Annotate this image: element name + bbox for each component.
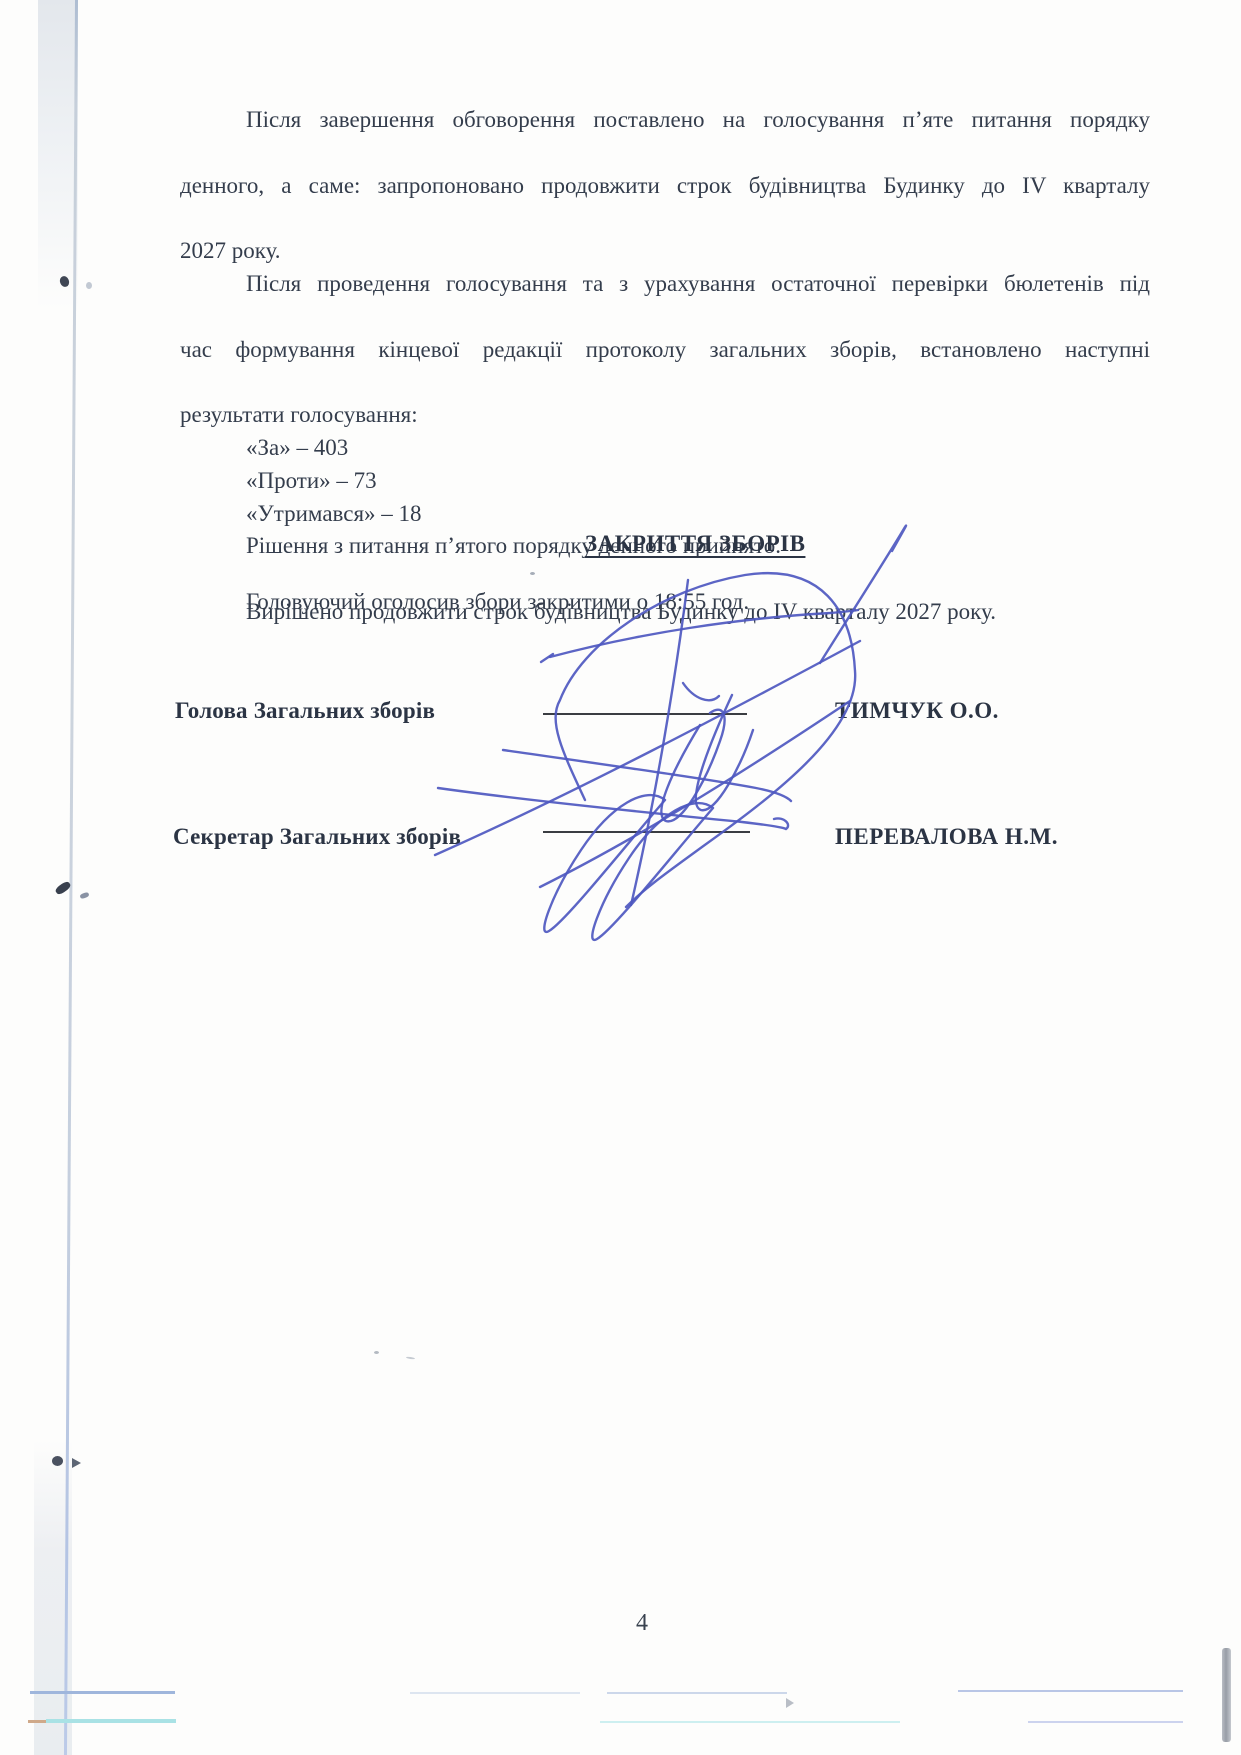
scan-edge-bar xyxy=(1222,1648,1231,1742)
scan-streak-blue xyxy=(410,1692,580,1694)
scan-streak-cyan xyxy=(600,1721,900,1723)
scan-streak-blue xyxy=(607,1692,787,1694)
page-number: 4 xyxy=(636,1610,648,1637)
punch-mark xyxy=(86,282,92,289)
punch-mark xyxy=(79,892,89,900)
scan-fold-shadow-top xyxy=(38,0,78,310)
paragraph-line: час формування кінцевої редакції протоко… xyxy=(180,334,1150,400)
scanned-page: Після завершення обговорення поставлено … xyxy=(0,0,1241,1755)
scan-streak-blue xyxy=(30,1691,175,1694)
scan-speck xyxy=(406,1356,415,1359)
paragraph-line: денного, а саме: запропоновано продовжит… xyxy=(180,170,1150,236)
punch-mark xyxy=(52,1456,63,1466)
paragraph-line: результати голосування: xyxy=(180,399,1150,432)
punch-mark xyxy=(72,1458,81,1468)
paragraph-line: Після завершення обговорення поставлено … xyxy=(180,104,1150,170)
scan-speck xyxy=(374,1351,379,1354)
handwritten-signature xyxy=(400,515,920,960)
signature-role-chairman: Голова Загальних зборів xyxy=(175,698,435,724)
scan-streak-blue xyxy=(958,1690,1183,1692)
scan-streak-cyan xyxy=(1028,1721,1183,1723)
scan-streak-cyan xyxy=(28,1720,46,1723)
scan-streak-cyan xyxy=(46,1719,176,1723)
scan-speck-triangle xyxy=(786,1698,794,1708)
paragraph-line: 2027 року. xyxy=(180,235,1150,268)
vote-result-against: «Проти» – 73 xyxy=(180,465,1150,498)
paragraph-line: Після проведення голосування та з урахув… xyxy=(180,268,1150,334)
vote-result-for: «За» – 403 xyxy=(180,432,1150,465)
